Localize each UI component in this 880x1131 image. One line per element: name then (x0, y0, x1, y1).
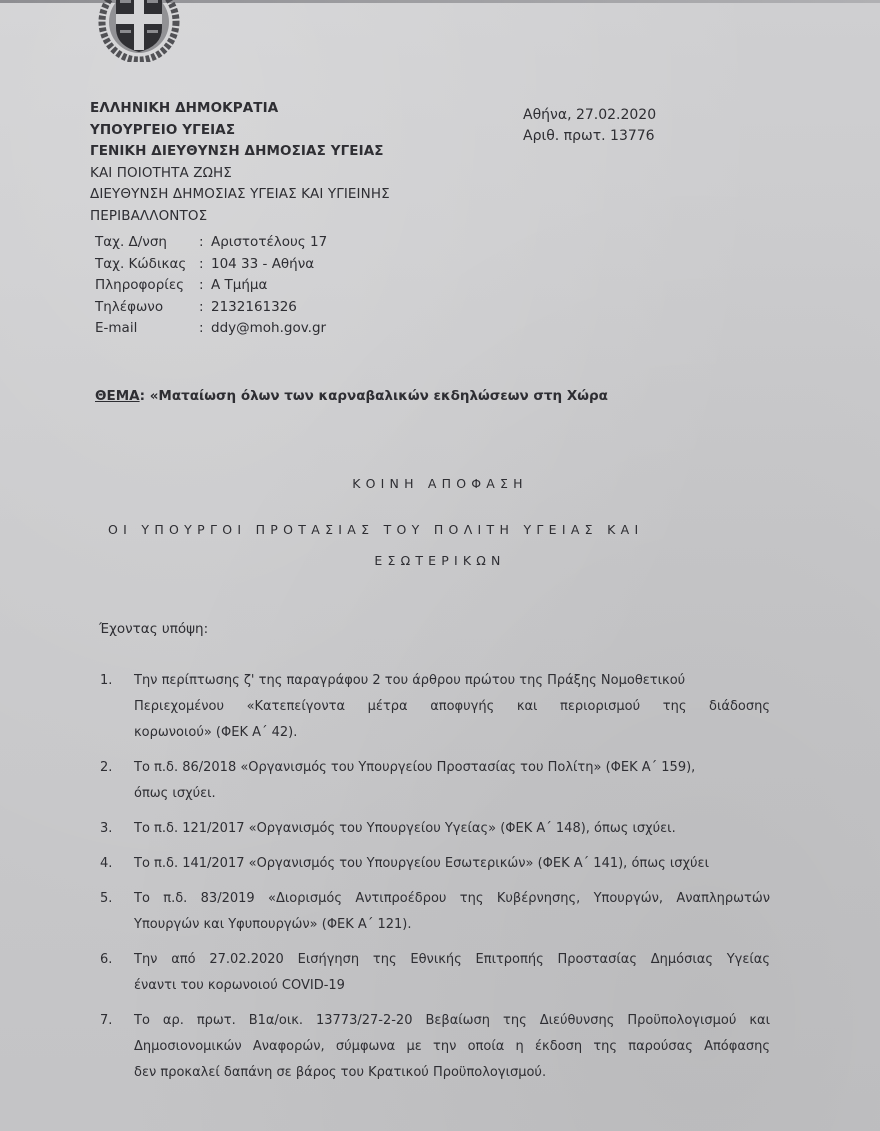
contact-separator: : (199, 254, 211, 276)
reference-line: Δημοσιονομικών Αναφορών, σύμφωνα με την … (134, 1034, 770, 1060)
subject-line: ΘΕΜΑ: «Ματαίωση όλων των καρναβαλικών εκ… (95, 388, 608, 404)
issuer-line: ΔΙΕΥΘΥΝΣΗ ΔΗΜΟΣΙΑΣ ΥΓΕΙΑΣ ΚΑΙ ΥΓΙΕΙΝΗΣ (90, 184, 390, 206)
issuer-line: ΚΑΙ ΠΟΙΟΤΗΤΑ ΖΩΗΣ (90, 163, 390, 185)
place-date: Αθήνα, 27.02.2020 (523, 105, 656, 126)
protocol-number: Αριθ. πρωτ. 13776 (523, 126, 656, 147)
contact-value: 104 33 - Αθήνα (211, 254, 314, 276)
reference-item: 3. Το π.δ. 121/2017 «Οργανισμός του Υπου… (100, 816, 770, 842)
contact-separator: : (199, 275, 211, 297)
reference-item: 2. Το π.δ. 86/2018 «Οργανισμός του Υπουρ… (100, 755, 770, 807)
references-list: 1. Την περίπτωσης ζ' της παραγράφου 2 το… (100, 668, 770, 1095)
contact-row-address: Ταχ. Δ/νση : Αριστοτέλους 17 (95, 232, 327, 254)
considering-heading: Έχοντας υπόψη: (99, 621, 208, 637)
reference-number: 6. (100, 947, 134, 999)
contact-separator: : (199, 297, 211, 319)
reference-item: 5. Το π.δ. 83/2019 «Διορισμός Αντιπροέδρ… (100, 886, 770, 938)
contact-value: 2132161326 (211, 297, 297, 319)
document-title: ΚΟΙΝΗ ΑΠΟΦΑΣΗ (0, 476, 880, 491)
contact-label: Ταχ. Δ/νση (95, 232, 199, 254)
reference-item: 1. Την περίπτωσης ζ' της παραγράφου 2 το… (100, 668, 770, 746)
contact-row-email: E-mail : ddy@moh.gov.gr (95, 318, 327, 340)
contact-value: Αριστοτέλους 17 (211, 232, 327, 254)
issuer-line: ΕΛΛΗΝΙΚΗ ΔΗΜΟΚΡΑΤΙΑ (90, 98, 390, 120)
contact-details: Ταχ. Δ/νση : Αριστοτέλους 17 Ταχ. Κώδικα… (95, 232, 327, 340)
contact-value: ddy@moh.gov.gr (211, 318, 326, 340)
greek-coat-of-arms-icon (96, 0, 182, 62)
reference-item: 7. Το αρ. πρωτ. Β1α/οικ. 13773/27-2-20 Β… (100, 1008, 770, 1086)
contact-label: Τηλέφωνο (95, 297, 199, 319)
reference-number: 7. (100, 1008, 134, 1086)
reference-text: Το π.δ. 141/2017 «Οργανισμός του Υπουργε… (134, 851, 770, 877)
date-and-protocol: Αθήνα, 27.02.2020 Αριθ. πρωτ. 13776 (523, 105, 656, 147)
reference-text: Το π.δ. 86/2018 «Οργανισμός του Υπουργεί… (134, 755, 770, 807)
reference-line: Την περίπτωσης ζ' της παραγράφου 2 του ά… (134, 668, 770, 694)
reference-item: 6. Την από 27.02.2020 Εισήγηση της Εθνικ… (100, 947, 770, 999)
reference-number: 4. (100, 851, 134, 877)
reference-item: 4. Το π.δ. 141/2017 «Οργανισμός του Υπου… (100, 851, 770, 877)
contact-row-postal-code: Ταχ. Κώδικας : 104 33 - Αθήνα (95, 254, 327, 276)
reference-line: κορωνοιού» (ΦΕΚ Α΄ 42). (134, 720, 770, 746)
subject-label: ΘΕΜΑ (95, 388, 140, 404)
issuer-line: ΥΠΟΥΡΓΕΙΟ ΥΓΕΙΑΣ (90, 120, 390, 142)
reference-line: Περιεχομένου «Κατεπείγοντα μέτρα αποφυγή… (134, 694, 770, 720)
contact-label: E-mail (95, 318, 199, 340)
contact-value: Α Τμήμα (211, 275, 267, 297)
reference-text: Την από 27.02.2020 Εισήγηση της Εθνικής … (134, 947, 770, 999)
reference-number: 2. (100, 755, 134, 807)
ministers-heading-line-2: ΕΣΩΤΕΡΙΚΩΝ (0, 553, 880, 568)
issuer-line: ΠΕΡΙΒΑΛΛΟΝΤΟΣ (90, 206, 390, 228)
reference-line: Υπουργών και Υφυπουργών» (ΦΕΚ Α΄ 121). (134, 912, 770, 938)
contact-label: Πληροφορίες (95, 275, 199, 297)
reference-text: Το π.δ. 83/2019 «Διορισμός Αντιπροέδρου … (134, 886, 770, 938)
reference-line: Το π.δ. 121/2017 «Οργανισμός του Υπουργε… (134, 816, 770, 842)
reference-line: έναντι του κορωνοιού COVID-19 (134, 973, 770, 999)
reference-line: Το αρ. πρωτ. Β1α/οικ. 13773/27-2-20 Βεβα… (134, 1008, 770, 1034)
subject-text: : «Ματαίωση όλων των καρναβαλικών εκδηλώ… (140, 388, 608, 404)
reference-number: 1. (100, 668, 134, 746)
reference-line: όπως ισχύει. (134, 781, 770, 807)
contact-label: Ταχ. Κώδικας (95, 254, 199, 276)
reference-line: Το π.δ. 83/2019 «Διορισμός Αντιπροέδρου … (134, 886, 770, 912)
contact-row-phone: Τηλέφωνο : 2132161326 (95, 297, 327, 319)
reference-line: Το π.δ. 141/2017 «Οργανισμός του Υπουργε… (134, 851, 770, 877)
contact-row-information: Πληροφορίες : Α Τμήμα (95, 275, 327, 297)
reference-text: Την περίπτωσης ζ' της παραγράφου 2 του ά… (134, 668, 770, 746)
issuer-header: ΕΛΛΗΝΙΚΗ ΔΗΜΟΚΡΑΤΙΑ ΥΠΟΥΡΓΕΙΟ ΥΓΕΙΑΣ ΓΕΝ… (90, 98, 390, 227)
contact-separator: : (199, 232, 211, 254)
reference-line: Την από 27.02.2020 Εισήγηση της Εθνικής … (134, 947, 770, 973)
reference-text: Το αρ. πρωτ. Β1α/οικ. 13773/27-2-20 Βεβα… (134, 1008, 770, 1086)
ministers-heading-line-1: ΟΙ ΥΠΟΥΡΓΟΙ ΠΡΟΤΑΣΙΑΣ ΤΟΥ ΠΟΛΙΤΗ ΥΓΕΙΑΣ … (108, 522, 644, 537)
reference-line: δεν προκαλεί δαπάνη σε βάρος του Κρατικο… (134, 1060, 770, 1086)
reference-line: Το π.δ. 86/2018 «Οργανισμός του Υπουργεί… (134, 755, 770, 781)
reference-number: 3. (100, 816, 134, 842)
reference-number: 5. (100, 886, 134, 938)
issuer-line: ΓΕΝΙΚΗ ΔΙΕΥΘΥΝΣΗ ΔΗΜΟΣΙΑΣ ΥΓΕΙΑΣ (90, 141, 390, 163)
contact-separator: : (199, 318, 211, 340)
reference-text: Το π.δ. 121/2017 «Οργανισμός του Υπουργε… (134, 816, 770, 842)
